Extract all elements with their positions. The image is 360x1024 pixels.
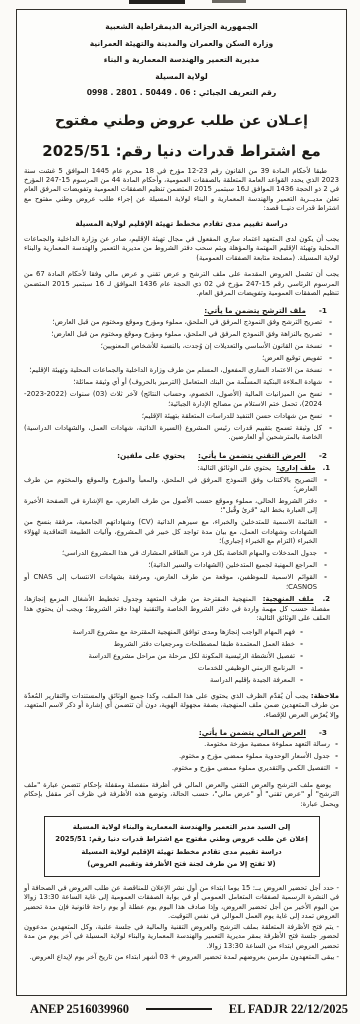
section-technical-header: 2- العرض التقني يتضمن ما يأتي: يحتوي على… [24,451,339,460]
methodology-item: تفصيل الأنشطة الرئيسية المكونة لكل مرحلة… [24,652,339,661]
methodology-item: فهم المهام الواجب إنجازها ومدى توافق الم… [24,628,339,637]
section-candidacy-number: 1- [319,306,327,315]
footer-divider-line [146,1008,212,1010]
tax-id-line: رقم التعريف الجبائي : 0998 . 2801 . 5044… [24,85,339,102]
candidacy-item: شهادة الملاءة البنكية المسلّمة من البنك … [24,378,339,387]
announcement-frame: الجمهورية الجزائرية الديمقراطية الشعبية … [16,9,347,996]
candidacy-item: نسخ من الميزانيات المالية (الأصول، الخصو… [24,390,339,409]
legal-intro-paragraph: طبقا لأحكام المادة 39 من القانون رقم 23-… [24,167,339,214]
section-technical-number: 2- [319,451,327,460]
candidacy-item: تصريح بالنزاهة وفق النموذج المرفق في الم… [24,330,339,339]
admin-file-title: ملف إداري: [276,464,315,472]
admin-file-items: التصريح بالاكتتاب وفق النموذج المرفق في … [24,476,339,592]
candidacy-item: نسخة من الاعتماد الساري المفعول، المسلم … [24,366,339,375]
publication-footer: ANEP 2516039960 EL FADJR 22/12/2025 [0,998,360,1020]
candidacy-items: تصريح الترشح وفق النموذج المرفق في الملح… [24,318,339,442]
study-object-line: دراسة تقييم مدى تقادم مخطط تهيئة الإقليم… [24,219,339,228]
page-top-remnant-mark-2 [212,0,246,3]
opening-session-paragraph: - يتم فتح الأظرفة المتعلقة بملف الترشح و… [24,923,339,951]
admin-item: دفتر الشروط الحالي، مملوء وموقع حسب الأص… [24,497,339,516]
admin-file-lead: يحتوي على الوثائق التالية: [197,464,271,472]
admin-item: التصريح بالاكتتاب وفق النموذج المرفق في … [24,476,339,495]
header-wilaya: لولاية المسيلة [24,69,339,86]
financial-item: رسالة التعهد مملوءة ممضية مؤرخة مختومة. [24,740,339,749]
section-candidacy-title: ملف الترشح يتضمن ما يأتي: [204,306,306,315]
address-recipient: إلى السيد مدير التعمير والهندسة المعماري… [49,821,315,834]
journal-date: EL FADJR 22/12/2025 [229,1002,348,1017]
page-top-remnant-mark [129,0,185,4]
note-label: ملاحظة: [311,692,339,700]
candidacy-item: كل وثيقة تسمح بتقييم قدرات رئيس المشروع … [24,424,339,443]
admin-item: جدول المدخلات والمهام الخاصة بكل فرد من … [24,549,339,558]
accreditation-paragraph: يجب أن يكون لدى المتعهد اعتماد ساري المف… [24,235,339,263]
section-financial-header: 3- العرض المالي يتضمن ما يأتي: [24,728,339,737]
admin-file-header: 1. ملف إداري: يحتوي على الوثائق التالية: [24,464,339,473]
header-republic: الجمهورية الجزائرية الديمقراطية الشعبية [24,19,339,36]
offer-validity-paragraph: - يبقى المتعهدون ملزمين بعروضهم لمدة تحض… [24,953,339,962]
methodology-file-header: 2. ملف المنهجية: المنهجية المقترحة من طر… [24,595,339,623]
section-financial-title: العرض المالي يتضمن ما يأتي: [199,728,306,737]
admin-item: القائمة الاسمية للمتدخلين والخبراء، مع س… [24,518,339,546]
admin-item: القوائم الاسمية للموظفين، موقعة من طرف ا… [24,573,339,592]
methodology-file-number: 2. [323,595,330,603]
preparation-deadline-paragraph: - حدد أجل تحضير العروض بــ: 15 يوما ابتد… [24,884,339,922]
address-study-object: دراسة تقييم مدى تقادم مخطط تهيئة الإقليم… [49,846,315,859]
announcement-title: إعـلان عن طلب عروض وطني مفتوح [24,113,339,129]
candidacy-item: تصريح الترشح وفق النموذج المرفق في الملح… [24,318,339,327]
anep-reference: ANEP 2516039960 [30,1002,129,1017]
candidacy-item: نسخة من القانون الأساسي والتعديلات إن وُ… [24,342,339,351]
methodology-item: خطة العمل المعتمدة طبقا لمصطلحات ومرجعيا… [24,640,339,649]
financial-item: جدول الأسعار الوحدوية مملوء ممضي مؤرخ و … [24,752,339,761]
methodology-file-title: ملف المنهجية: [263,595,314,603]
admin-file-number: 1. [323,464,330,472]
header-directorate: مديرية التعمير والهندسة المعمارية و البن… [24,52,339,69]
address-tender-title: إعلان عن طلب عروض وطني مفتوح مع اشتراط ق… [49,833,315,846]
section-financial-number: 3- [319,728,327,737]
candidacy-item: نسخ من شهادات حسن التنفيذ للدراسات المتع… [24,412,339,421]
methodology-item: البرنامج الزمني الوظيفي للخدمات [24,664,339,673]
financial-item: التفصيل الكمي والتقديري مملوء ممضي مؤرخ … [24,764,339,773]
closing-terms: - حدد أجل تحضير العروض بــ: 15 يوما ابتد… [24,884,339,962]
org-header: الجمهورية الجزائرية الديمقراطية الشعبية … [24,14,339,102]
tender-number-title: مع اشتراط قدرات دنيا رقم: 2025/51 [24,142,339,160]
header-ministry: وزارة السكن والعمران والمدينة والتهيئة ا… [24,36,339,53]
note-text: يجب أن يُقدّم الظرف الذي يحتوي على هذا ا… [24,692,339,719]
section-candidacy-header: 1- ملف الترشح يتضمن ما يأتي: [24,306,339,315]
methodology-item: المعرفة الجيدة بإقليم الدراسة [24,676,339,685]
address-do-not-open: (لا تفتح إلا من طرف لجنة فتح الأظرفة وتق… [49,858,315,871]
offer-composition-paragraph: يجب أن تشمل العروض المقدمة على ملف الترش… [24,270,339,298]
announcement-body: طبقا لأحكام المادة 39 من القانون رقم 23-… [24,167,339,963]
anonymity-note: ملاحظة: يجب أن يُقدّم الظرف الذي يحتوي ع… [24,692,339,720]
section-technical-suffix: يحتوي على ملفين: [117,451,185,460]
submission-address-box: إلى السيد مدير التعمير والهندسة المعماري… [44,816,320,877]
tax-id-value: 0998 . 2801 . 50449 . 06 [87,88,191,97]
section-technical-title: العرض التقني يتضمن ما يأتي: [198,451,306,460]
financial-items: رسالة التعهد مملوءة ممضية مؤرخة مختومة. … [24,740,339,773]
tax-id-label: رقم التعريف الجبائي : [193,88,276,97]
envelope-instructions-paragraph: يوضع ملف الترشح والعرض التقني والعرض الم… [24,781,339,809]
candidacy-item: تفويض توقيع العرض؛ [24,354,339,363]
admin-item: المراجع المهنية لجميع المتدخلين (الشهادا… [24,561,339,570]
methodology-items: فهم المهام الواجب إنجازها ومدى توافق الم… [24,628,339,685]
